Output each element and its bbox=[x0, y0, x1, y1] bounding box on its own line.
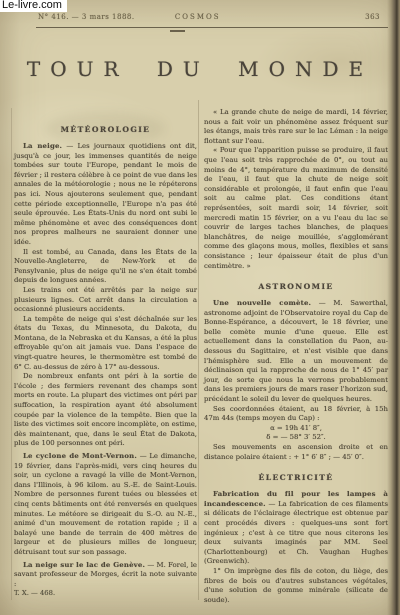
paragraph-text: « Pour que l'apparition puisse se produi… bbox=[204, 146, 388, 269]
column-divider-rule bbox=[198, 100, 199, 600]
paragraph-text: « La grande chute de neige de mardi, 14 … bbox=[204, 108, 388, 145]
scanned-journal-page: Le-livre.com N° 416. — 3 mars 1888. COSM… bbox=[0, 0, 400, 615]
heading-meteorologie: MÉTÉOROLOGIE bbox=[14, 125, 197, 134]
paragraph-text: Ses coordonnées étaient, au 18 février, … bbox=[204, 405, 388, 423]
paragraph: De nombreux enfants ont péri à la sortie… bbox=[14, 372, 197, 449]
page-number: 363 bbox=[365, 13, 380, 21]
paragraph-lead: La neige. bbox=[23, 142, 62, 150]
paragraph-text: Ses mouvements en ascension droite et en… bbox=[204, 443, 388, 461]
paragraph-text: 1° On imprègne des fils de coton, du liè… bbox=[204, 567, 388, 604]
paragraph-lead: Le cyclone de Mont-Vernon. bbox=[23, 452, 137, 460]
paragraph-text: Il est tombé, au Canada, dans les États … bbox=[14, 248, 197, 285]
paragraph-la-neige: La neige. — Les journaux quotidiens ont … bbox=[14, 142, 197, 248]
scanned-page-edge bbox=[387, 0, 400, 615]
paragraph-fabrication-fil: Fabrication du fil pour les lampes à inc… bbox=[204, 490, 388, 567]
masthead-center-dash bbox=[170, 30, 185, 32]
issue-number: N° 416. — 3 mars 1888. bbox=[38, 13, 135, 21]
watermark-label: Le-livre.com bbox=[0, 0, 67, 12]
paragraph-quote: « La grande chute de neige de mardi, 14 … bbox=[204, 108, 388, 146]
section-title: TOUR DU MONDE bbox=[0, 57, 400, 81]
paragraph-quote: « Pour que l'apparition puisse se produi… bbox=[204, 146, 388, 271]
paragraph: Il est tombé, au Canada, dans les États … bbox=[14, 248, 197, 286]
paragraph-text: — La fabrication de ces filaments si dél… bbox=[204, 500, 388, 566]
paragraph: 1° On imprègne des fils de coton, du liè… bbox=[204, 567, 388, 605]
paragraph-text: La tempête de neige qui s'est déchaînée … bbox=[14, 315, 197, 371]
paragraph-text: Les trains ont été arrêtés par la neige … bbox=[14, 286, 197, 313]
heading-electricite: ÉLECTRICITÉ bbox=[204, 473, 388, 482]
paragraph-text: — Les journaux quotidiens ont dit, jusqu… bbox=[14, 142, 197, 246]
heading-astronomie: ASTRONOMIE bbox=[204, 282, 388, 291]
paragraph-lead: La neige sur le lac de Genève. bbox=[23, 561, 145, 569]
paragraph-movements: Ses mouvements en ascension droite et en… bbox=[204, 443, 388, 462]
masthead-rule bbox=[36, 27, 388, 28]
journal-name: COSMOS bbox=[175, 13, 221, 21]
coordinate-line-dec: δ = — 58° 3′ 52″. bbox=[204, 433, 388, 443]
paragraph-lead: Une nouvelle comète. bbox=[213, 299, 311, 307]
paragraph-cyclone-mont-vernon: Le cyclone de Mont-Vernon. — Le dimanche… bbox=[14, 452, 197, 558]
paragraph: Les trains ont été arrêtés par la neige … bbox=[14, 286, 197, 315]
right-column: « La grande chute de neige de mardi, 14 … bbox=[204, 108, 388, 605]
paragraph-nouvelle-comete: Une nouvelle comète. — M. Sawerthal, ast… bbox=[204, 299, 388, 405]
paragraph-coords-intro: Ses coordonnées étaient, au 18 février, … bbox=[204, 405, 388, 424]
left-column: MÉTÉOROLOGIE La neige. — Les journaux qu… bbox=[14, 108, 197, 589]
volume-signature: T. X. — 468. bbox=[14, 589, 55, 597]
paragraph-text: De nombreux enfants ont péri à la sortie… bbox=[14, 372, 197, 447]
paragraph-text: — Le dimanche, 19 février, dans l'après-… bbox=[14, 452, 197, 556]
paragraph-neige-lac-geneve: La neige sur le lac de Genève. — M. Fore… bbox=[14, 561, 197, 590]
paragraph: La tempête de neige qui s'est déchaînée … bbox=[14, 315, 197, 373]
scan-fold-line bbox=[11, 108, 12, 600]
coordinate-line-ra: α = 19h 41′ 8″, bbox=[204, 424, 388, 434]
paragraph-text: — M. Sawerthal, astronome adjoint de l'O… bbox=[204, 299, 388, 403]
